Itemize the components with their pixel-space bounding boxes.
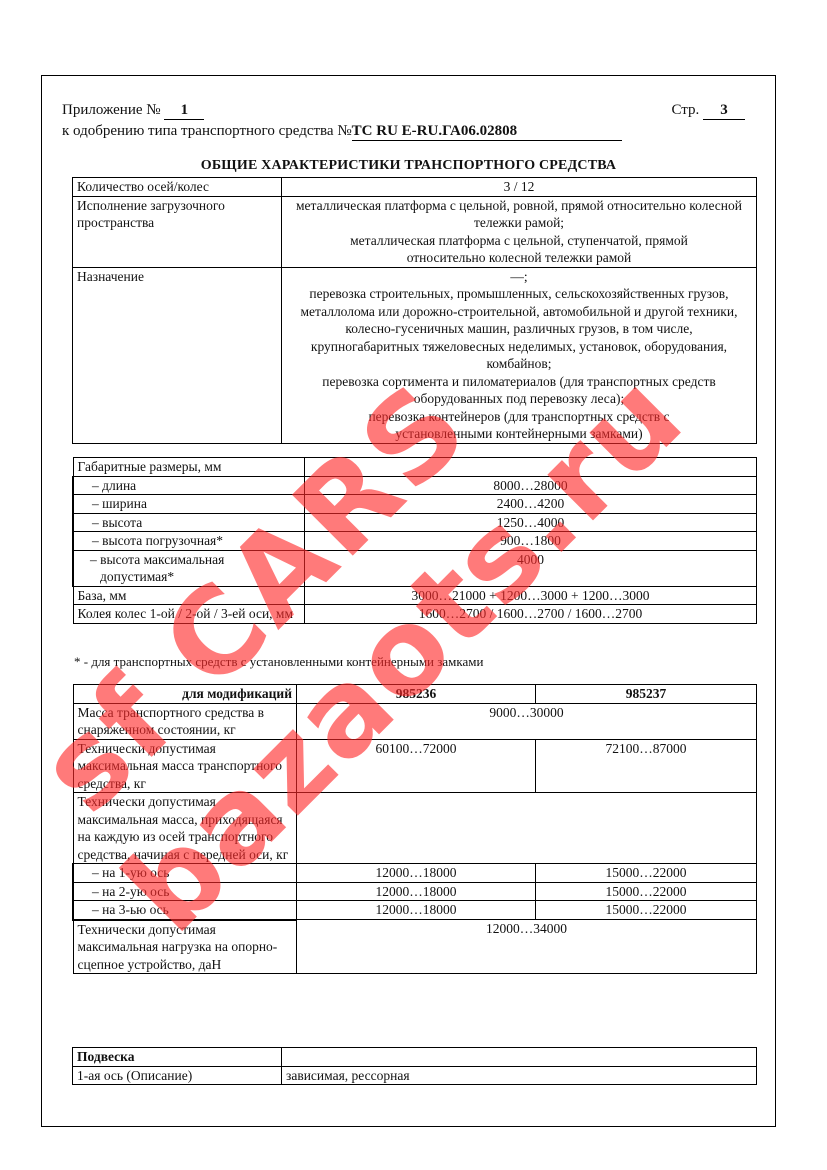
purpose-line-4: перевозка контейнеров (для транспортных … (286, 408, 752, 443)
dim-label: – ширина (73, 495, 305, 514)
curb-mass-label: Масса транспортного средства в снаряженн… (73, 703, 297, 739)
table-row: – на 2-ую ось 12000…18000 15000…22000 (73, 882, 757, 901)
empty-cell (297, 793, 757, 864)
axle-value-985236: 12000…18000 (297, 882, 536, 901)
max-mass-985236: 60100…72000 (297, 739, 536, 793)
appendix-label: Приложение № (62, 102, 161, 118)
page-number-line: Стр. 3 (671, 101, 745, 120)
footnote: * - для транспортных средств с установле… (74, 654, 483, 670)
table-row: – высота 1250…4000 (73, 513, 757, 532)
suspension-table: Подвеска 1-ая ось (Описание) зависимая, … (72, 1047, 757, 1085)
dim-label: – длина (73, 476, 305, 495)
dim-value: 8000…28000 (305, 476, 757, 495)
document-page: Приложение № 1 Стр. 3 к одобрению типа т… (41, 75, 776, 1127)
max-mass-label: Технически допустимая максимальная масса… (73, 739, 297, 793)
table-row: Технически допустимая максимальная масса… (73, 793, 757, 864)
axle-value-985236: 12000…18000 (297, 864, 536, 883)
base-label: База, мм (73, 586, 305, 605)
page-number: 3 (703, 101, 745, 120)
dim-value: 2400…4200 (305, 495, 757, 514)
approval-line: к одобрению типа транспортного средства … (62, 122, 622, 141)
track-value: 1600…2700 / 1600…2700 / 1600…2700 (305, 605, 757, 624)
cargo-value: металлическая платформа с цельной, ровно… (282, 196, 757, 267)
purpose-line-3: перевозка сортимента и пиломатериалов (д… (286, 373, 752, 408)
table-row: – на 3-ью ось 12000…18000 15000…22000 (73, 901, 757, 920)
dim-value: 4000 (305, 550, 757, 586)
table-row: – ширина 2400…4200 (73, 495, 757, 514)
axle-value-985237: 15000…22000 (536, 882, 757, 901)
purpose-line-1: —; (286, 268, 752, 286)
table-row: – длина 8000…28000 (73, 476, 757, 495)
purpose-label: Назначение (73, 267, 282, 443)
coupling-load-label: Технически допустимая максимальная нагру… (73, 920, 297, 974)
table-row: Технически допустимая максимальная масса… (73, 739, 757, 793)
table-row: Назначение —; перевозка строительных, пр… (73, 267, 757, 443)
cargo-option-1: металлическая платформа с цельной, ровно… (286, 197, 752, 232)
dim-label: – высота погрузочная* (73, 532, 305, 551)
modification-985237: 985237 (536, 685, 757, 704)
approval-number: ТС RU E-RU.ГА06.02808 (352, 122, 622, 141)
table-row: Технически допустимая максимальная нагру… (73, 920, 757, 974)
axle1-suspension-label: 1-ая ось (Описание) (73, 1066, 282, 1085)
track-label: Колея колес 1-ой / 2-ой / 3-ей оси, мм (73, 605, 305, 624)
axle1-suspension-value: зависимая, рессорная (282, 1066, 757, 1085)
base-value: 3000…21000 + 1200…3000 + 1200…3000 (305, 586, 757, 605)
axle-label: – на 1-ую ось (73, 864, 297, 883)
dimensions-header: Габаритные размеры, мм (73, 458, 305, 477)
axle-label: – на 3-ью ось (73, 901, 297, 920)
general-table: Количество осей/колес 3 / 12 Исполнение … (72, 177, 757, 444)
axle-value-985236: 12000…18000 (297, 901, 536, 920)
table-row: Исполнение загрузочного пространства мет… (73, 196, 757, 267)
modification-985236: 985236 (297, 685, 536, 704)
axles-value: 3 / 12 (282, 178, 757, 197)
modifications-header: для модификаций (73, 685, 297, 704)
purpose-line-2: перевозка строительных, промышленных, се… (286, 285, 752, 373)
coupling-load-value: 12000…34000 (297, 920, 757, 974)
appendix-line: Приложение № 1 (62, 101, 204, 120)
dim-label: – высота максимальная допустимая* (73, 550, 305, 586)
axles-label: Количество осей/колес (73, 178, 282, 197)
table-row: База, мм 3000…21000 + 1200…3000 + 1200…3… (73, 586, 757, 605)
table-row: – высота погрузочная* 900…1800 (73, 532, 757, 551)
axle-value-985237: 15000…22000 (536, 901, 757, 920)
dim-value: 900…1800 (305, 532, 757, 551)
table-row: Масса транспортного средства в снаряженн… (73, 703, 757, 739)
table-row: Количество осей/колес 3 / 12 (73, 178, 757, 197)
suspension-header: Подвеска (73, 1048, 282, 1067)
page-title: ОБЩИЕ ХАРАКТЕРИСТИКИ ТРАНСПОРТНОГО СРЕДС… (42, 158, 775, 174)
purpose-value: —; перевозка строительных, промышленных,… (282, 267, 757, 443)
table-row: Колея колес 1-ой / 2-ой / 3-ей оси, мм 1… (73, 605, 757, 624)
dim-value: 1250…4000 (305, 513, 757, 532)
cargo-option-2: металлическая платформа с цельной, ступе… (286, 232, 752, 267)
table-row: 1-ая ось (Описание) зависимая, рессорная (73, 1066, 757, 1085)
approval-label: к одобрению типа транспортного средства … (62, 123, 352, 139)
mass-table: для модификаций 985236 985237 Масса тран… (72, 684, 757, 974)
cargo-label: Исполнение загрузочного пространства (73, 196, 282, 267)
table-row: Подвеска (73, 1048, 757, 1067)
table-row: Габаритные размеры, мм (73, 458, 757, 477)
dim-label: – высота (73, 513, 305, 532)
empty-cell (282, 1048, 757, 1067)
curb-mass-value: 9000…30000 (297, 703, 757, 739)
table-row: – высота максимальная допустимая* 4000 (73, 550, 757, 586)
table-row: для модификаций 985236 985237 (73, 685, 757, 704)
axle-mass-label: Технически допустимая максимальная масса… (73, 793, 297, 864)
dimensions-table: Габаритные размеры, мм – длина 8000…2800… (72, 457, 757, 624)
max-mass-985237: 72100…87000 (536, 739, 757, 793)
table-row: – на 1-ую ось 12000…18000 15000…22000 (73, 864, 757, 883)
page-label: Стр. (671, 102, 699, 118)
axle-value-985237: 15000…22000 (536, 864, 757, 883)
appendix-number: 1 (164, 101, 204, 120)
empty-cell (305, 458, 757, 477)
axle-label: – на 2-ую ось (73, 882, 297, 901)
